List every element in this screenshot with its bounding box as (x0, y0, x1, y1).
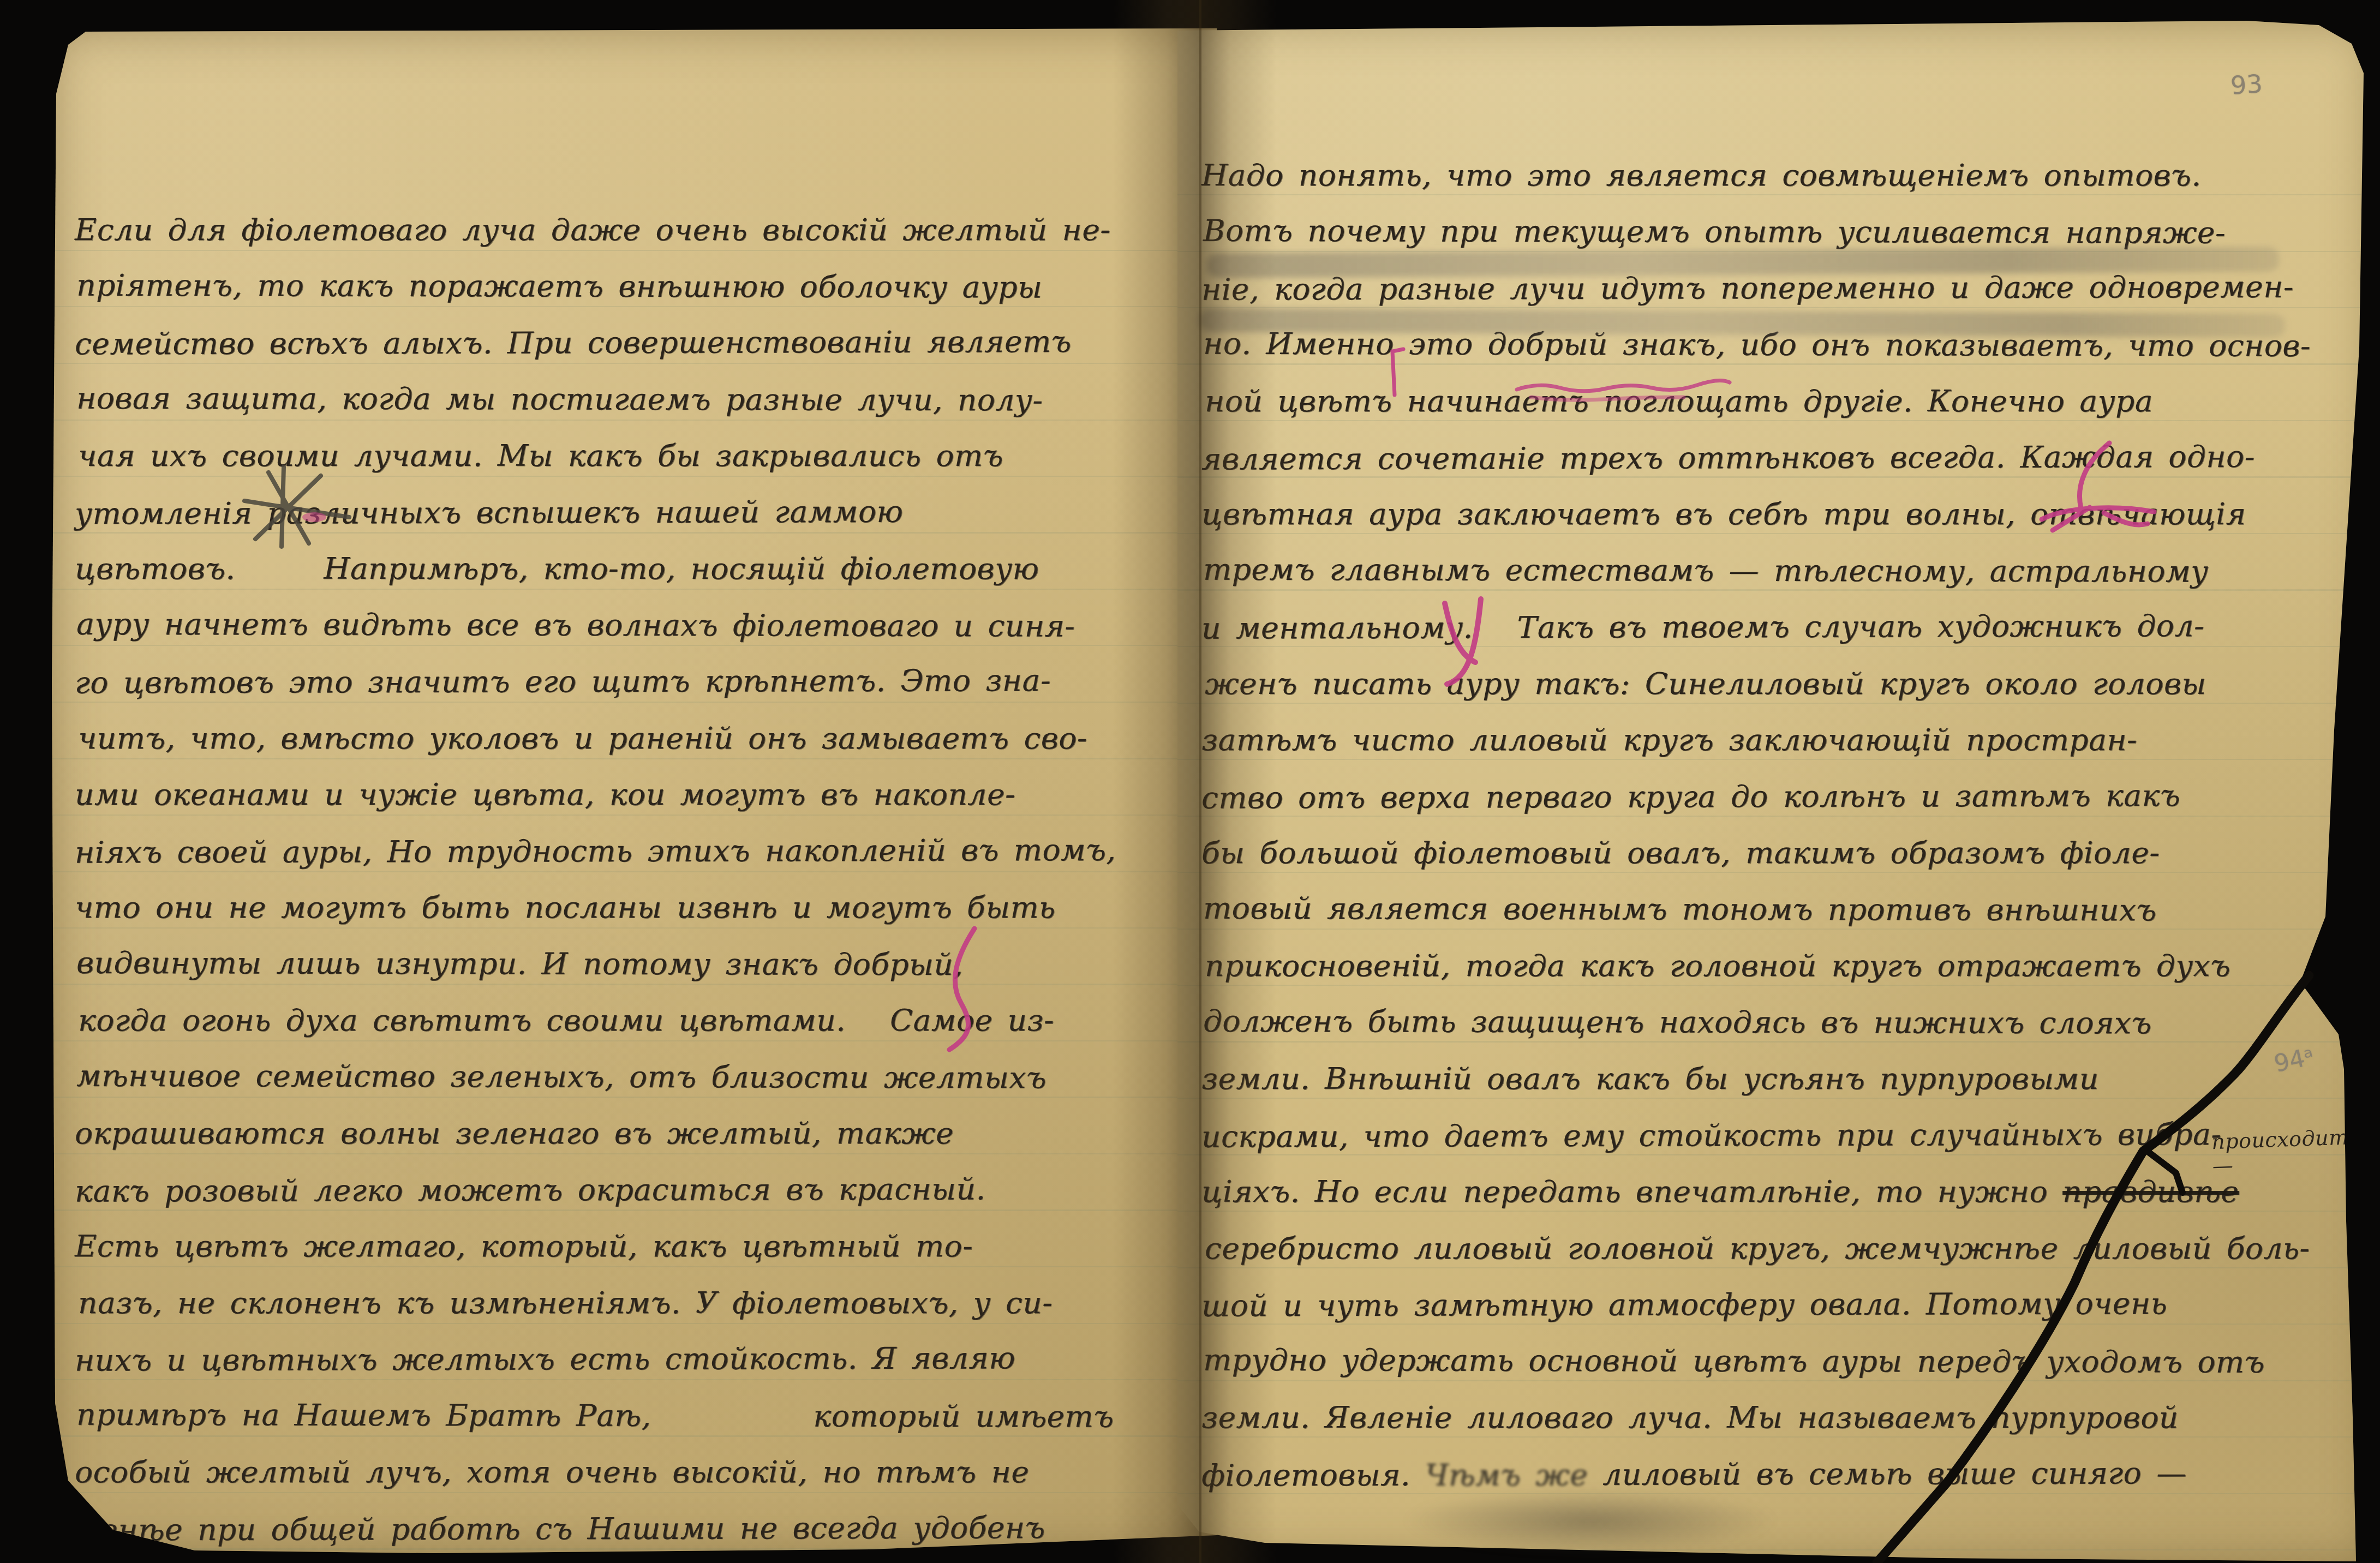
line-text: лиловый въ семьѣ выше синяго — (1588, 1456, 2187, 1492)
interline-insertion: происходитъ — (2211, 1124, 2373, 1178)
line-text: ціяхъ. Но если передать впечатлѣніе, то … (1201, 1174, 2062, 1209)
manuscript-line: цвѣтная аура заключаетъ въ себѣ три волн… (1201, 486, 2373, 543)
manuscript-line: мѣнчивое семейство зеленыхъ, отъ близост… (76, 1047, 1217, 1106)
manuscript-line: и ментальному. Такъ въ твоемъ случаѣ худ… (1201, 597, 2373, 657)
manuscript-line: является сочетаніе трехъ оттѣнковъ всегд… (1201, 428, 2373, 488)
manuscript-line: что они не могутъ быть посланы извнѣ и м… (75, 879, 1217, 936)
line-text: фіолетовыя. (1201, 1457, 1425, 1493)
manuscript-line: окрашиваются волны зеленаго въ желтый, т… (75, 1105, 1217, 1162)
manuscript-line: примѣръ на Нашемъ Братѣ Раѣ, который имѣ… (76, 1386, 1217, 1445)
manuscript-line: тремъ главнымъ естествамъ — тѣлесному, а… (1203, 541, 2373, 600)
manuscript-line: земли. Явленіе лиловаго луча. Мы называе… (1201, 1390, 2373, 1446)
manuscript-line: долженъ быть защищенъ находясь въ нижних… (1203, 993, 2373, 1052)
manuscript-line: фіолетовыя. Чѣмъ же лиловый въ семьѣ выш… (1201, 1445, 2373, 1504)
manuscript-line: видвинуты лишь изнутри. И потому знакъ д… (76, 935, 1217, 993)
manuscript-line: ніяхъ своей ауры, Но трудность этихъ нак… (75, 822, 1217, 881)
manuscript-line: искрами, что даетъ ему стойкость при слу… (1201, 1106, 2373, 1165)
manuscript-line: затѣмъ чисто лиловый кругъ заключающій п… (1201, 712, 2373, 769)
manuscript-line: ауру начнетъ видѣть все въ волнахъ фіоле… (76, 596, 1217, 655)
manuscript-line: трудно удержать основной цвѣтъ ауры пере… (1203, 1332, 2373, 1391)
manuscript-line: пріятенъ, то какъ поражаетъ внѣшнюю обол… (76, 257, 1217, 316)
left-page: Если для фіолетоваго луча даже очень выс… (52, 28, 1217, 1553)
manuscript-line: ной цвѣтъ начинаетъ поглощать другіе. Ко… (1205, 373, 2373, 430)
manuscript-line: ими океанами и чужіе цвѣта, кои могутъ в… (75, 766, 1217, 823)
manuscript-line: товый является военнымъ тономъ противъ в… (1203, 880, 2373, 939)
notebook-spread: Если для фіолетоваго луча даже очень выс… (0, 0, 2380, 1563)
manuscript-line: семейство всѣхъ алыхъ. При совершенствов… (75, 313, 1217, 373)
manuscript-line: новая защита, когда мы постигаемъ разные… (76, 370, 1217, 429)
manuscript-line: бы большой фіолетовый овалъ, такимъ обра… (1201, 825, 2373, 882)
manuscript-line: женъ писать ауру такъ: Синелиловый кругъ… (1205, 656, 2373, 712)
manuscript-line: читъ, что, вмѣсто уколовъ и раненій онъ … (78, 710, 1217, 767)
manuscript-line: шой и чуть замѣтную атмосферу овала. Пот… (1201, 1275, 2373, 1334)
manuscript-line: Есть цвѣтъ желтаго, который, какъ цвѣтны… (75, 1218, 1217, 1275)
manuscript-line: прикосновеній, тогда какъ головной кругъ… (1205, 938, 2373, 995)
manuscript-line: менѣе при общей работѣ съ Нашими не всег… (75, 1499, 1217, 1553)
manuscript-line: чая ихъ своими лучами. Мы какъ бы закрыв… (78, 428, 1217, 484)
manuscript-line: ство отъ верха перваго круга до колѣнъ и… (1201, 767, 2373, 827)
manuscript-line: утомленія различныхъ вспышекъ нашей гамм… (75, 483, 1217, 542)
manuscript-line: когда огонь духа свѣтитъ своими цвѣтами.… (78, 992, 1217, 1049)
manuscript-line: серебристо лиловый головной кругъ, жемчу… (1205, 1220, 2373, 1277)
manuscript-line: земли. Внѣшній овалъ какъ бы усѣянъ пурп… (1201, 1051, 2373, 1107)
right-page-text: Надо понять, что это является совмѣщеніе… (1201, 147, 2373, 1502)
manuscript-line: Если для фіолетоваго луча даже очень выс… (75, 202, 1217, 259)
grey-smear-icon (1402, 1488, 1779, 1554)
page-number-93: 93 (2229, 69, 2263, 100)
left-page-text: Если для фіолетоваго луча даже очень выс… (75, 202, 1217, 1553)
struck-word: правдивѣе (2062, 1174, 2239, 1209)
manuscript-line: нихъ и цвѣтныхъ желтыхъ есть стойкость. … (75, 1330, 1217, 1389)
manuscript-line: Надо понять, что это является совмѣщеніе… (1201, 147, 2373, 204)
manuscript-line: цвѣтовъ. Напримѣръ, кто-то, носящій фіол… (75, 541, 1217, 597)
manuscript-line: пазъ, не склоненъ къ измѣненіямъ. У фіол… (78, 1275, 1217, 1332)
manuscript-line: го цвѣтовъ это значитъ его щитъ крѣпнетъ… (75, 652, 1217, 711)
manuscript-line: ціяхъ. Но если передать впечатлѣніе, то … (1201, 1164, 2373, 1220)
smudged-text: Чѣмъ же (1425, 1457, 1588, 1492)
manuscript-line: особый желтый лучъ, хотя очень высокій, … (75, 1444, 1217, 1501)
manuscript-line: какъ розовый легко можетъ окраситься въ … (75, 1160, 1217, 1220)
